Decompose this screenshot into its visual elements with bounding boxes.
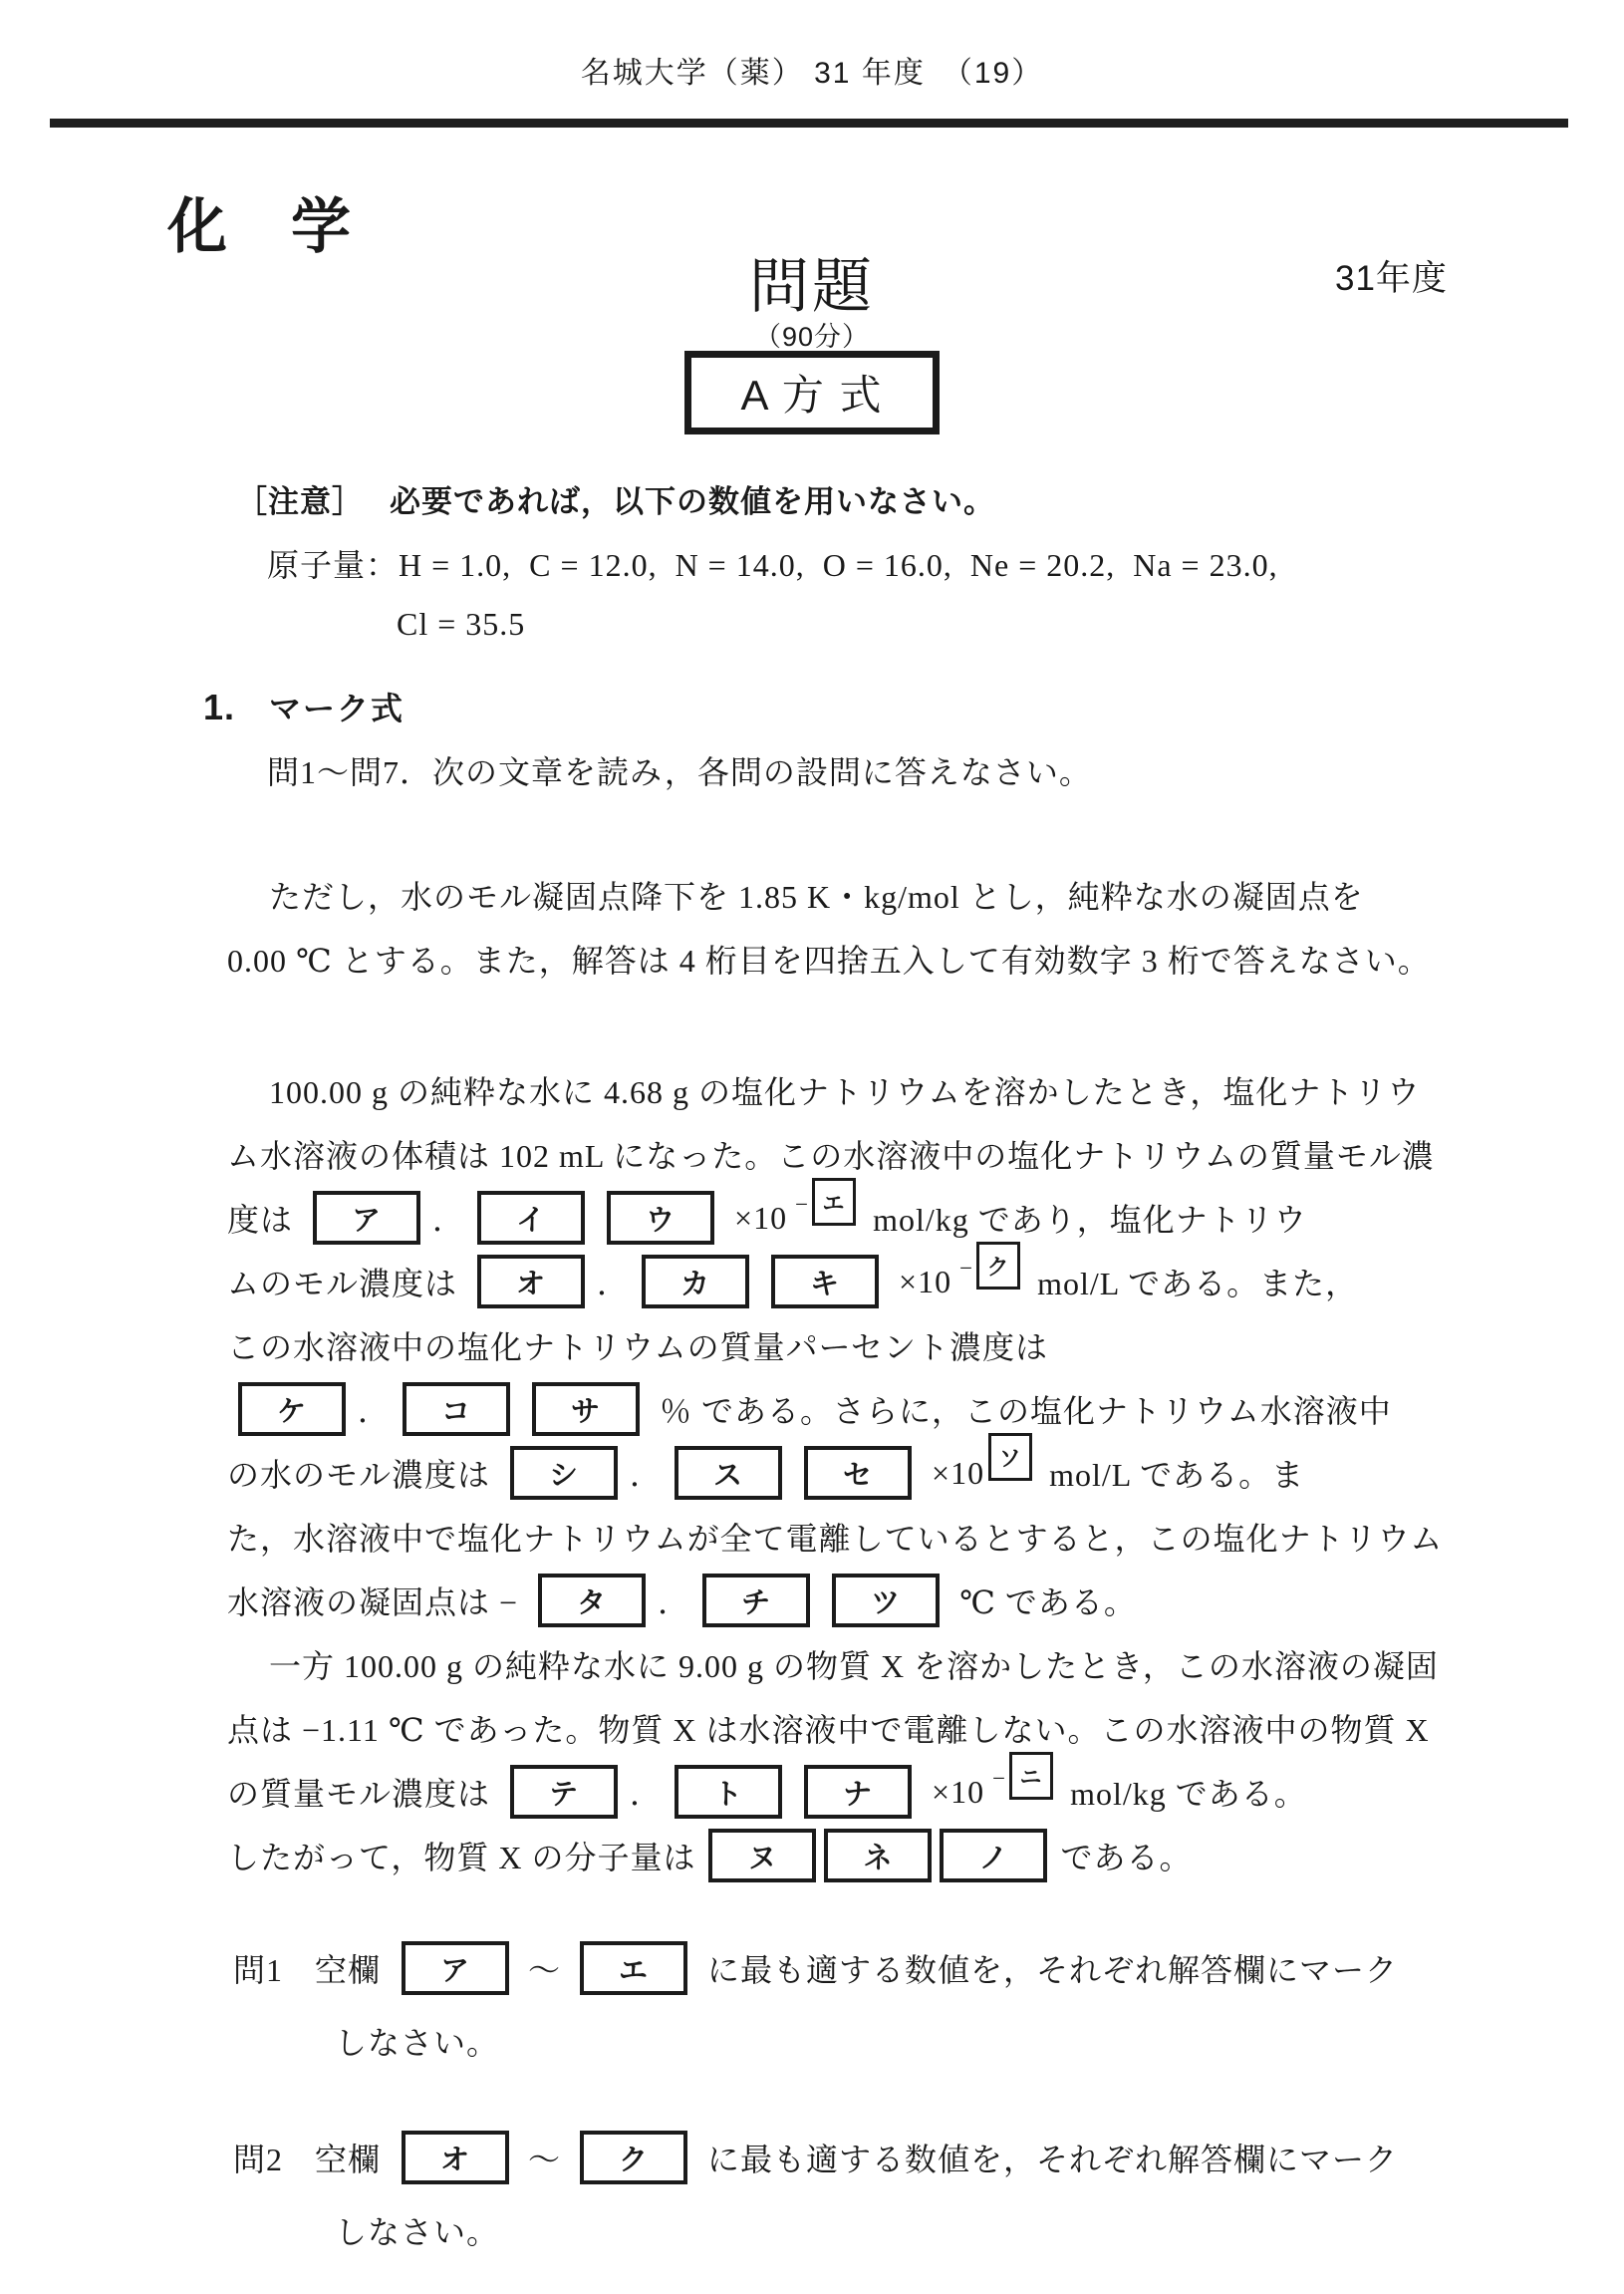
text-run: この水溶液中の塩化ナトリウムの質量パーセント濃度は — [227, 1322, 1048, 1368]
answer-box-ウ: ウ — [607, 1191, 714, 1245]
exam-duration: （90分） — [0, 315, 1624, 354]
text-run: ムのモル濃度は — [227, 1259, 466, 1304]
answer-box-キ: キ — [771, 1255, 879, 1308]
decimal-point: ． — [630, 1450, 663, 1496]
body-line: た，水溶液中で塩化ナトリウムが全て電離しているとすると，この塩化ナトリウム — [227, 1505, 1522, 1569]
answer-supbox-ソ: ソ — [988, 1433, 1032, 1481]
superscript-minus: − — [992, 1766, 1005, 1792]
text-run: ×10 — [725, 1200, 787, 1237]
answer-box-カ: カ — [642, 1255, 749, 1308]
section-intro: 問1～問7．次の文章を読み，各問の設問に答えなさい。 — [267, 747, 1092, 793]
text-run: 100.00 g の純粋な水に 4.68 g の塩化ナトリウムを溶かしたとき，塩… — [269, 1067, 1420, 1113]
notice-label: ［注意］ — [236, 484, 364, 519]
text-run: 一方 100.00 g の純粋な水に 9.00 g の物質 X を溶かしたとき，… — [269, 1641, 1439, 1687]
question-continuation: しなさい。 — [233, 2207, 1528, 2253]
atomic-weights-continued: Cl = 35.5 — [397, 606, 525, 643]
text-run: の水のモル濃度は — [227, 1450, 499, 1496]
answer-box-ケ: ケ — [238, 1382, 346, 1436]
method-box: A 方 式 — [684, 351, 940, 434]
body-line: ムのモル濃度は オ．カキ ×10−ク mol/L である。また， — [227, 1250, 1522, 1313]
answer-box-ナ: ナ — [804, 1765, 912, 1819]
answer-box-チ: チ — [702, 1574, 810, 1627]
answer-box-ヌ: ヌ — [708, 1829, 816, 1882]
question-lead: 空欄 — [315, 1945, 381, 1991]
body-line: 一方 100.00 g の純粋な水に 9.00 g の物質 X を溶かしたとき，… — [227, 1632, 1522, 1696]
answer-box-オ: オ — [402, 2131, 509, 2184]
answer-box-セ: セ — [804, 1446, 912, 1500]
text-run: ×10 — [890, 1264, 951, 1300]
answer-box-オ: オ — [477, 1255, 585, 1308]
tilde-separator: ～ — [528, 1945, 561, 1991]
atomic-weights-values: H = 1.0, C = 12.0, N = 14.0, O = 16.0, N… — [399, 547, 1278, 583]
text-run: ただし，水のモル凝固点降下を 1.85 K・kg/mol とし，純粋な水の凝固点… — [269, 872, 1364, 918]
text-run: mol/L である。ま — [1040, 1450, 1304, 1496]
question-tail: に最も適する数値を，それぞれ解答欄にマーク — [698, 2135, 1398, 2180]
body-line: この水溶液中の塩化ナトリウムの質量パーセント濃度は — [227, 1313, 1522, 1377]
question-1: 問1空欄ア～エ に最も適する数値を，それぞれ解答欄にマークしなさい。 — [233, 1940, 1528, 2064]
section-title: マーク式 — [269, 684, 405, 729]
answer-box-タ: タ — [538, 1574, 646, 1627]
section-number: 1. — [203, 687, 235, 728]
text-run: mol/kg であり，塩化ナトリウ — [864, 1195, 1307, 1241]
body-line: ただし，水のモル凝固点降下を 1.85 K・kg/mol とし，純粋な水の凝固点… — [227, 863, 1522, 927]
text-run: 度は — [227, 1195, 302, 1241]
atomic-weights-label: 原子量： — [267, 547, 399, 583]
decimal-point: ． — [358, 1386, 391, 1432]
notice-text: 必要であれば，以下の数値を用いなさい。 — [390, 484, 995, 519]
text-run: 点は −1.11 ℃ であった。物質 X は水溶液中で電離しない。この水溶液中の… — [227, 1705, 1430, 1751]
page-header: 名城大学（薬） 31 年度 （19） — [0, 48, 1624, 92]
answer-box-ネ: ネ — [824, 1829, 932, 1882]
exam-page: 名城大学（薬） 31 年度 （19） 化 学 問題 （90分） 31年度 A 方… — [0, 0, 1624, 2294]
answer-box-シ: シ — [510, 1446, 618, 1500]
question-line: 問1空欄ア～エ に最も適する数値を，それぞれ解答欄にマーク — [233, 1940, 1528, 1996]
text-run: である。 — [1051, 1833, 1192, 1878]
text-run: 0.00 ℃ とする。また，解答は 4 桁目を四捨五入して有効数字 3 桁で答え… — [227, 936, 1431, 982]
question-line: 問2空欄オ～ク に最も適する数値を，それぞれ解答欄にマーク — [233, 2130, 1528, 2185]
body-line: の質量モル濃度は テ．トナ ×10−ニ mol/kg である。 — [227, 1760, 1522, 1824]
answer-box-ノ: ノ — [940, 1829, 1047, 1882]
text-run: mol/L である。また， — [1028, 1259, 1358, 1304]
decimal-point: ． — [658, 1577, 690, 1623]
superscript-minus: − — [959, 1256, 972, 1282]
body-line: したがって，物質 X の分子量は ヌネノ である。 — [227, 1824, 1522, 1887]
text-run: ×10 — [923, 1455, 984, 1492]
answer-supbox-エ: エ — [812, 1178, 856, 1226]
answer-box-コ: コ — [403, 1382, 510, 1436]
answer-box-エ: エ — [580, 1941, 687, 1995]
answer-box-ス: ス — [675, 1446, 782, 1500]
atomic-weights-line: 原子量：H = 1.0, C = 12.0, N = 14.0, O = 16.… — [267, 540, 1278, 586]
answer-supbox-ニ: ニ — [1009, 1752, 1053, 1800]
header-divider-rule — [50, 119, 1568, 128]
text-run: mol/kg である。 — [1061, 1769, 1307, 1815]
question-tail: に最も適する数値を，それぞれ解答欄にマーク — [698, 1945, 1398, 1991]
body-line: 水溶液の凝固点は − タ．チツ ℃ である。 — [227, 1569, 1522, 1632]
text-run: したがって，物質 X の分子量は — [227, 1833, 704, 1878]
answer-box-ア: ア — [402, 1941, 509, 1995]
answer-box-ツ: ツ — [832, 1574, 940, 1627]
text-run: た，水溶液中で塩化ナトリウムが全て電離しているとすると，この塩化ナトリウム — [227, 1514, 1443, 1560]
body-line: ム水溶液の体積は 102 mL になった。この水溶液中の塩化ナトリウムの質量モル… — [227, 1122, 1522, 1186]
notice-line: ［注意］必要であれば，以下の数値を用いなさい。 — [236, 476, 995, 521]
decimal-point: ． — [630, 1769, 663, 1815]
question-2: 問2空欄オ～ク に最も適する数値を，それぞれ解答欄にマークしなさい。 — [233, 2130, 1528, 2253]
text-run: ℃ である。 — [950, 1577, 1137, 1623]
section-heading: 1. マーク式 — [203, 684, 405, 729]
tilde-separator: ～ — [528, 2135, 561, 2180]
superscript-minus: − — [795, 1192, 808, 1218]
answer-box-ア: ア — [313, 1191, 420, 1245]
body-line: 100.00 g の純粋な水に 4.68 g の塩化ナトリウムを溶かしたとき，塩… — [227, 1058, 1522, 1122]
text-run: ム水溶液の体積は 102 mL になった。この水溶液中の塩化ナトリウムの質量モル… — [227, 1131, 1435, 1177]
body-line: の水のモル濃度は シ．スセ ×10ソ mol/L である。ま — [227, 1441, 1522, 1505]
question-label: 問1 — [233, 1945, 283, 1991]
answer-supbox-ク: ク — [976, 1242, 1020, 1290]
question-lead: 空欄 — [315, 2135, 381, 2180]
body-line: 点は −1.11 ℃ であった。物質 X は水溶液中で電離しない。この水溶液中の… — [227, 1696, 1522, 1760]
text-run: ×10 — [923, 1774, 984, 1811]
question-label: 問2 — [233, 2135, 283, 2180]
text-run: の質量モル濃度は — [227, 1769, 499, 1815]
body-line: ケ．コサ ％ である。さらに，この塩化ナトリウム水溶液中 — [227, 1377, 1522, 1441]
answer-box-イ: イ — [477, 1191, 585, 1245]
answer-box-ク: ク — [580, 2131, 687, 2184]
body-line: 度は ア．イウ ×10−エ mol/kg であり，塩化ナトリウ — [227, 1186, 1522, 1250]
answer-box-テ: テ — [510, 1765, 618, 1819]
text-run: 水溶液の凝固点は − — [227, 1577, 527, 1623]
decimal-point: ． — [597, 1259, 630, 1304]
answer-box-ト: ト — [675, 1765, 782, 1819]
body-line: 0.00 ℃ とする。また，解答は 4 桁目を四捨五入して有効数字 3 桁で答え… — [227, 927, 1522, 991]
decimal-point: ． — [432, 1195, 465, 1241]
answer-box-サ: サ — [532, 1382, 640, 1436]
question-continuation: しなさい。 — [233, 2018, 1528, 2064]
year-label: 31年度 — [1335, 251, 1448, 301]
body-text: ただし，水のモル凝固点降下を 1.85 K・kg/mol とし，純粋な水の凝固点… — [227, 863, 1522, 1887]
text-run: ％ である。さらに，この塩化ナトリウム水溶液中 — [651, 1386, 1392, 1432]
